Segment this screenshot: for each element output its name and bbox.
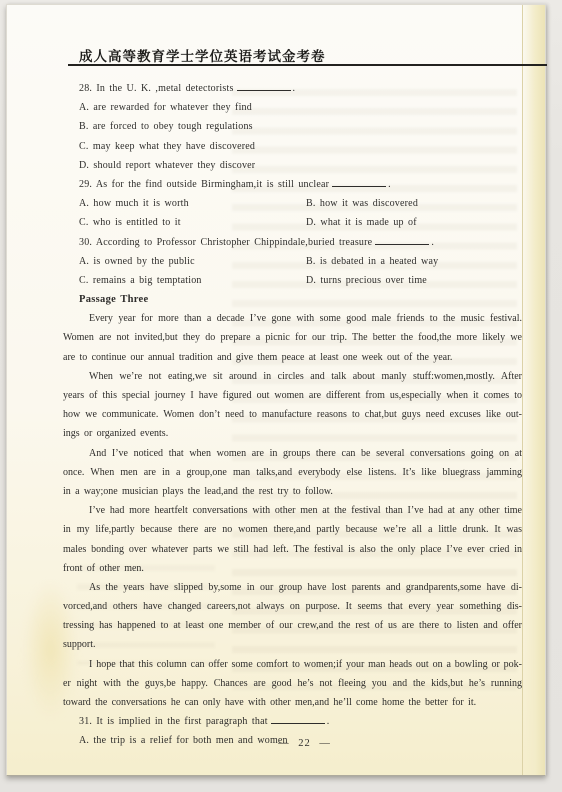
answer-blank [375, 235, 429, 245]
page-number: — 22 — [75, 738, 534, 749]
passage-line: As the years have slipped by,some in our… [63, 578, 522, 597]
question-29-stem: 29. As for the find outside Birmingham,i… [63, 175, 522, 194]
answer-option: A. how much it is worth [79, 194, 306, 213]
question-28-stem: 28. In the U. K. ,metal detectorists. [63, 79, 522, 98]
option-row: C. who is entitled to it D. what it is m… [63, 213, 522, 232]
passage-line: in my life,partly because there are no w… [63, 520, 522, 539]
passage-line: once. When men are in a group,one man ta… [63, 463, 522, 482]
answer-option: D. turns precious over time [306, 271, 522, 290]
passage-line: I’ve had more heartfelt conversations wi… [63, 501, 522, 520]
answer-option: C. may keep what they have discovered [63, 137, 522, 156]
page-curl-edge [522, 5, 545, 775]
passage-line: males bonding over whatever parts we sti… [63, 540, 522, 559]
passage-line: I hope that this column can offer some c… [63, 655, 522, 674]
option-row: A. is owned by the public B. is debated … [63, 252, 522, 271]
passage-line: tressing has happened to at least one me… [63, 616, 522, 635]
passage-paragraph: When we’re not eating,we sit around in c… [63, 367, 522, 444]
passage-line: are to continue our annual tradition and… [63, 348, 522, 367]
passage-line: ings or organized events. [63, 424, 522, 443]
question-tail: . [327, 716, 330, 727]
passage-line: er night with the guys,be happy. Chances… [63, 674, 522, 693]
question-text: 30. According to Professor Christopher C… [79, 237, 372, 248]
answer-option: C. remains a big temptation [79, 271, 306, 290]
question-text: 29. As for the find outside Birmingham,i… [79, 179, 329, 190]
answer-blank [332, 177, 386, 187]
question-tail: . [293, 83, 296, 94]
passage-line: toward the conversations he can only hav… [63, 693, 522, 712]
passage-line: vorced,and others have changed careers,n… [63, 597, 522, 616]
passage-paragraph: And I’ve noticed that when women are in … [63, 444, 522, 502]
passage-paragraph: I hope that this column can offer some c… [63, 655, 522, 713]
page-content: 28. In the U. K. ,metal detectorists. A.… [63, 79, 522, 751]
passage-line: in a way;one musician plays the lead,and… [63, 482, 522, 501]
header-rule [68, 64, 547, 66]
answer-option: C. who is entitled to it [79, 213, 306, 232]
passage-paragraph: Every year for more than a decade I’ve g… [63, 309, 522, 367]
question-text: 28. In the U. K. ,metal detectorists [79, 83, 234, 94]
question-30-stem: 30. According to Professor Christopher C… [63, 233, 522, 252]
answer-option: B. how it was discovered [306, 194, 522, 213]
option-row: A. how much it is worth B. how it was di… [63, 194, 522, 213]
answer-blank [271, 714, 325, 724]
passage-line: When we’re not eating,we sit around in c… [63, 367, 522, 386]
passage-paragraph: As the years have slipped by,some in our… [63, 578, 522, 655]
answer-option: B. are forced to obey tough regulations [63, 117, 522, 136]
question-text: 31. It is implied in the first paragraph… [79, 716, 268, 727]
passage-title: Passage Three [63, 290, 522, 309]
answer-option: A. is owned by the public [79, 252, 306, 271]
passage-line: And I’ve noticed that when women are in … [63, 444, 522, 463]
answer-blank [237, 81, 291, 91]
question-tail: . [388, 179, 391, 190]
answer-option: D. what it is made up of [306, 213, 522, 232]
answer-option: D. should report whatever they discover [63, 156, 522, 175]
answer-option: A. are rewarded for whatever they find [63, 98, 522, 117]
passage-line: support. [63, 635, 522, 654]
passage-line: years of this special journey I have fig… [63, 386, 522, 405]
option-row: C. remains a big temptation D. turns pre… [63, 271, 522, 290]
passage-paragraph: I’ve had more heartfelt conversations wi… [63, 501, 522, 578]
question-31-stem: 31. It is implied in the first paragraph… [63, 712, 522, 731]
question-tail: . [431, 237, 434, 248]
passage-line: Women are not invited,but they do prepar… [63, 328, 522, 347]
passage-line: front of other men. [63, 559, 522, 578]
passage-line: how we communicate. Women don’t need to … [63, 405, 522, 424]
passage-line: Every year for more than a decade I’ve g… [63, 309, 522, 328]
book-header-title: 成人高等教育学士学位英语考试金考卷 [79, 45, 326, 65]
answer-option: B. is debated in a heated way [306, 252, 522, 271]
scanned-exam-page: 成人高等教育学士学位英语考试金考卷 28. In the U. K. ,meta… [6, 4, 546, 776]
